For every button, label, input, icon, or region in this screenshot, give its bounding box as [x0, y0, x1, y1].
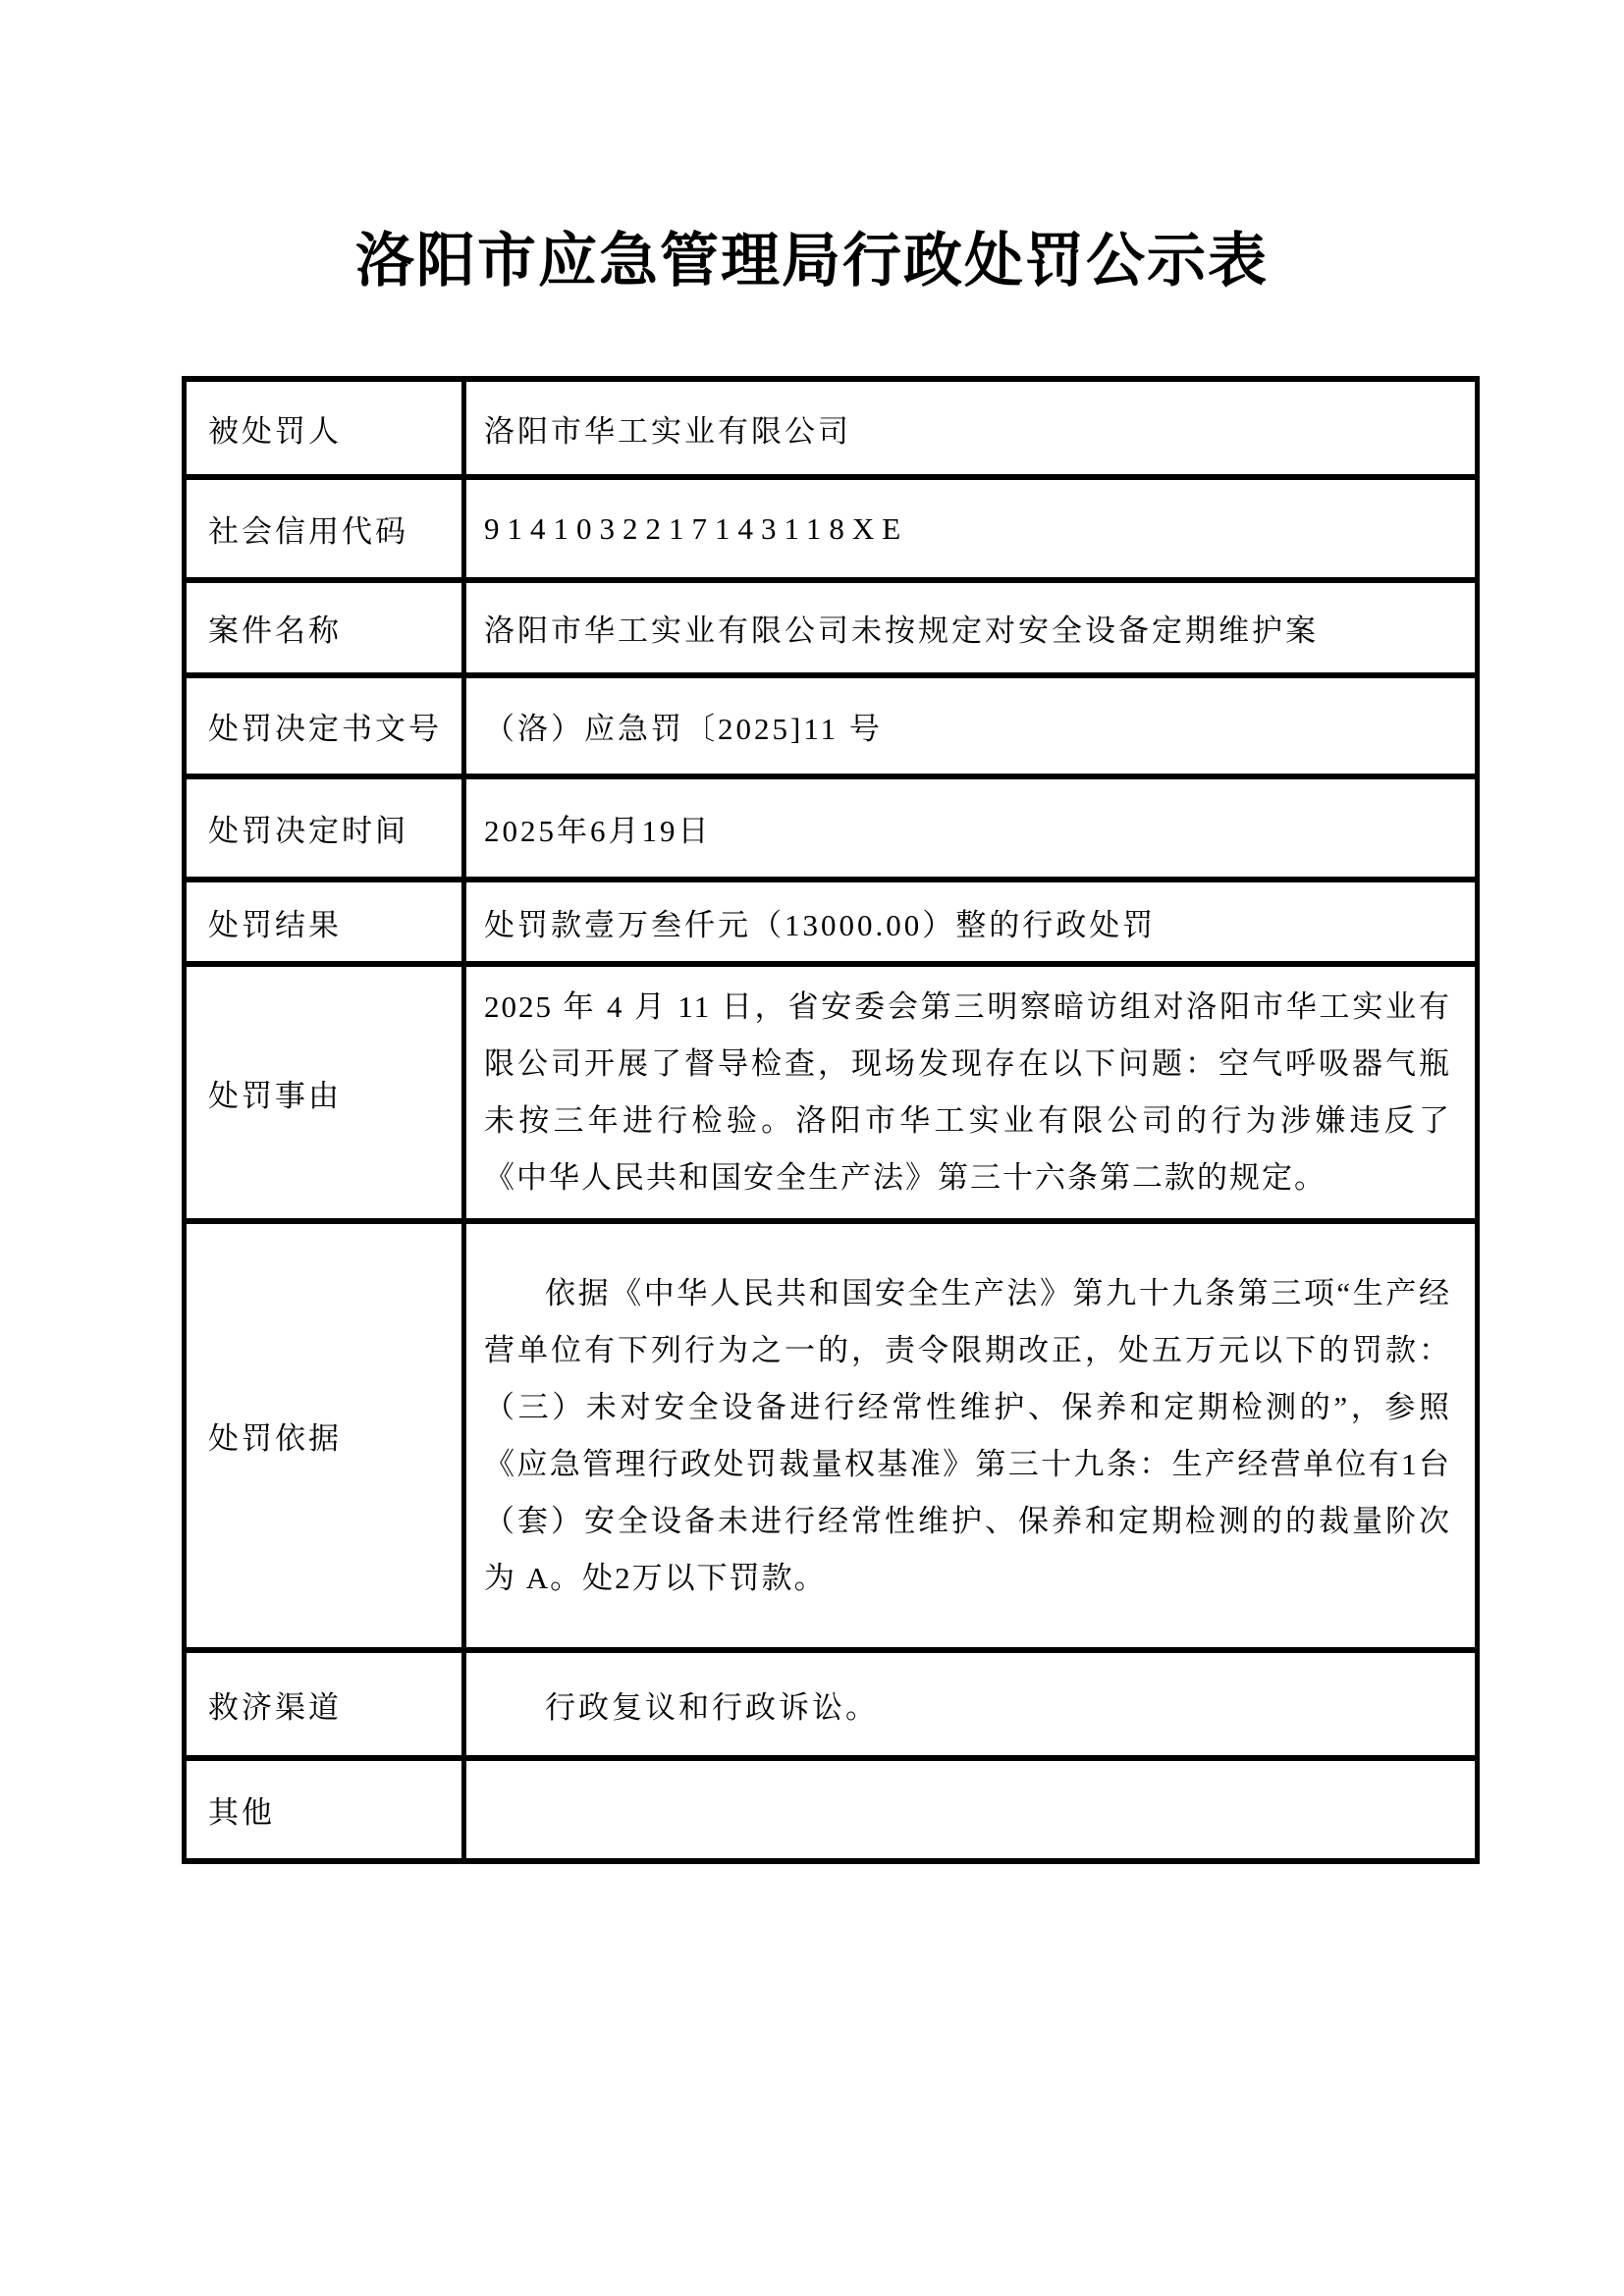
row-penalty-reason: 处罚事由 2025 年 4 月 11 日，省安委会第三明察暗访组对洛阳市华工实业…	[185, 964, 1478, 1221]
row-other: 其他	[185, 1758, 1478, 1861]
row-penalized-person: 被处罚人 洛阳市华工实业有限公司	[185, 379, 1478, 477]
penalty-table: 被处罚人 洛阳市华工实业有限公司 社会信用代码 9141032217143118…	[182, 376, 1480, 1864]
row-penalty-result: 处罚结果 处罚款壹万叁仟元（13000.00）整的行政处罚	[185, 880, 1478, 964]
value-case-name: 洛阳市华工实业有限公司未按规定对安全设备定期维护案	[464, 580, 1478, 675]
row-case-name: 案件名称 洛阳市华工实业有限公司未按规定对安全设备定期维护案	[185, 580, 1478, 675]
value-penalized-person: 洛阳市华工实业有限公司	[464, 379, 1478, 477]
value-decision-date: 2025年6月19日	[464, 776, 1478, 880]
value-decision-doc-number: （洛）应急罚〔2025]11 号	[464, 675, 1478, 776]
label-decision-date: 处罚决定时间	[185, 776, 464, 880]
label-credit-code: 社会信用代码	[185, 477, 464, 580]
row-decision-doc-number: 处罚决定书文号 （洛）应急罚〔2025]11 号	[185, 675, 1478, 776]
page-title: 洛阳市应急管理局行政处罚公示表	[0, 214, 1624, 298]
label-other: 其他	[185, 1758, 464, 1861]
row-decision-date: 处罚决定时间 2025年6月19日	[185, 776, 1478, 880]
value-penalty-basis: 依据《中华人民共和国安全生产法》第九十九条第三项“生产经营单位有下列行为之一的，…	[464, 1221, 1478, 1650]
label-penalty-reason: 处罚事由	[185, 964, 464, 1221]
value-remedy-channel: 行政复议和行政诉讼。	[464, 1650, 1478, 1758]
label-penalty-result: 处罚结果	[185, 880, 464, 964]
label-penalized-person: 被处罚人	[185, 379, 464, 477]
label-case-name: 案件名称	[185, 580, 464, 675]
document-page: 洛阳市应急管理局行政处罚公示表 被处罚人 洛阳市华工实业有限公司 社会信用代码 …	[0, 0, 1624, 2296]
value-penalty-result: 处罚款壹万叁仟元（13000.00）整的行政处罚	[464, 880, 1478, 964]
row-credit-code: 社会信用代码 9141032217143118XE	[185, 477, 1478, 580]
label-decision-doc-number: 处罚决定书文号	[185, 675, 464, 776]
label-penalty-basis: 处罚依据	[185, 1221, 464, 1650]
row-penalty-basis: 处罚依据 依据《中华人民共和国安全生产法》第九十九条第三项“生产经营单位有下列行…	[185, 1221, 1478, 1650]
value-other	[464, 1758, 1478, 1861]
value-credit-code: 9141032217143118XE	[464, 477, 1478, 580]
row-remedy-channel: 救济渠道 行政复议和行政诉讼。	[185, 1650, 1478, 1758]
value-penalty-reason: 2025 年 4 月 11 日，省安委会第三明察暗访组对洛阳市华工实业有限公司开…	[464, 964, 1478, 1221]
label-remedy-channel: 救济渠道	[185, 1650, 464, 1758]
